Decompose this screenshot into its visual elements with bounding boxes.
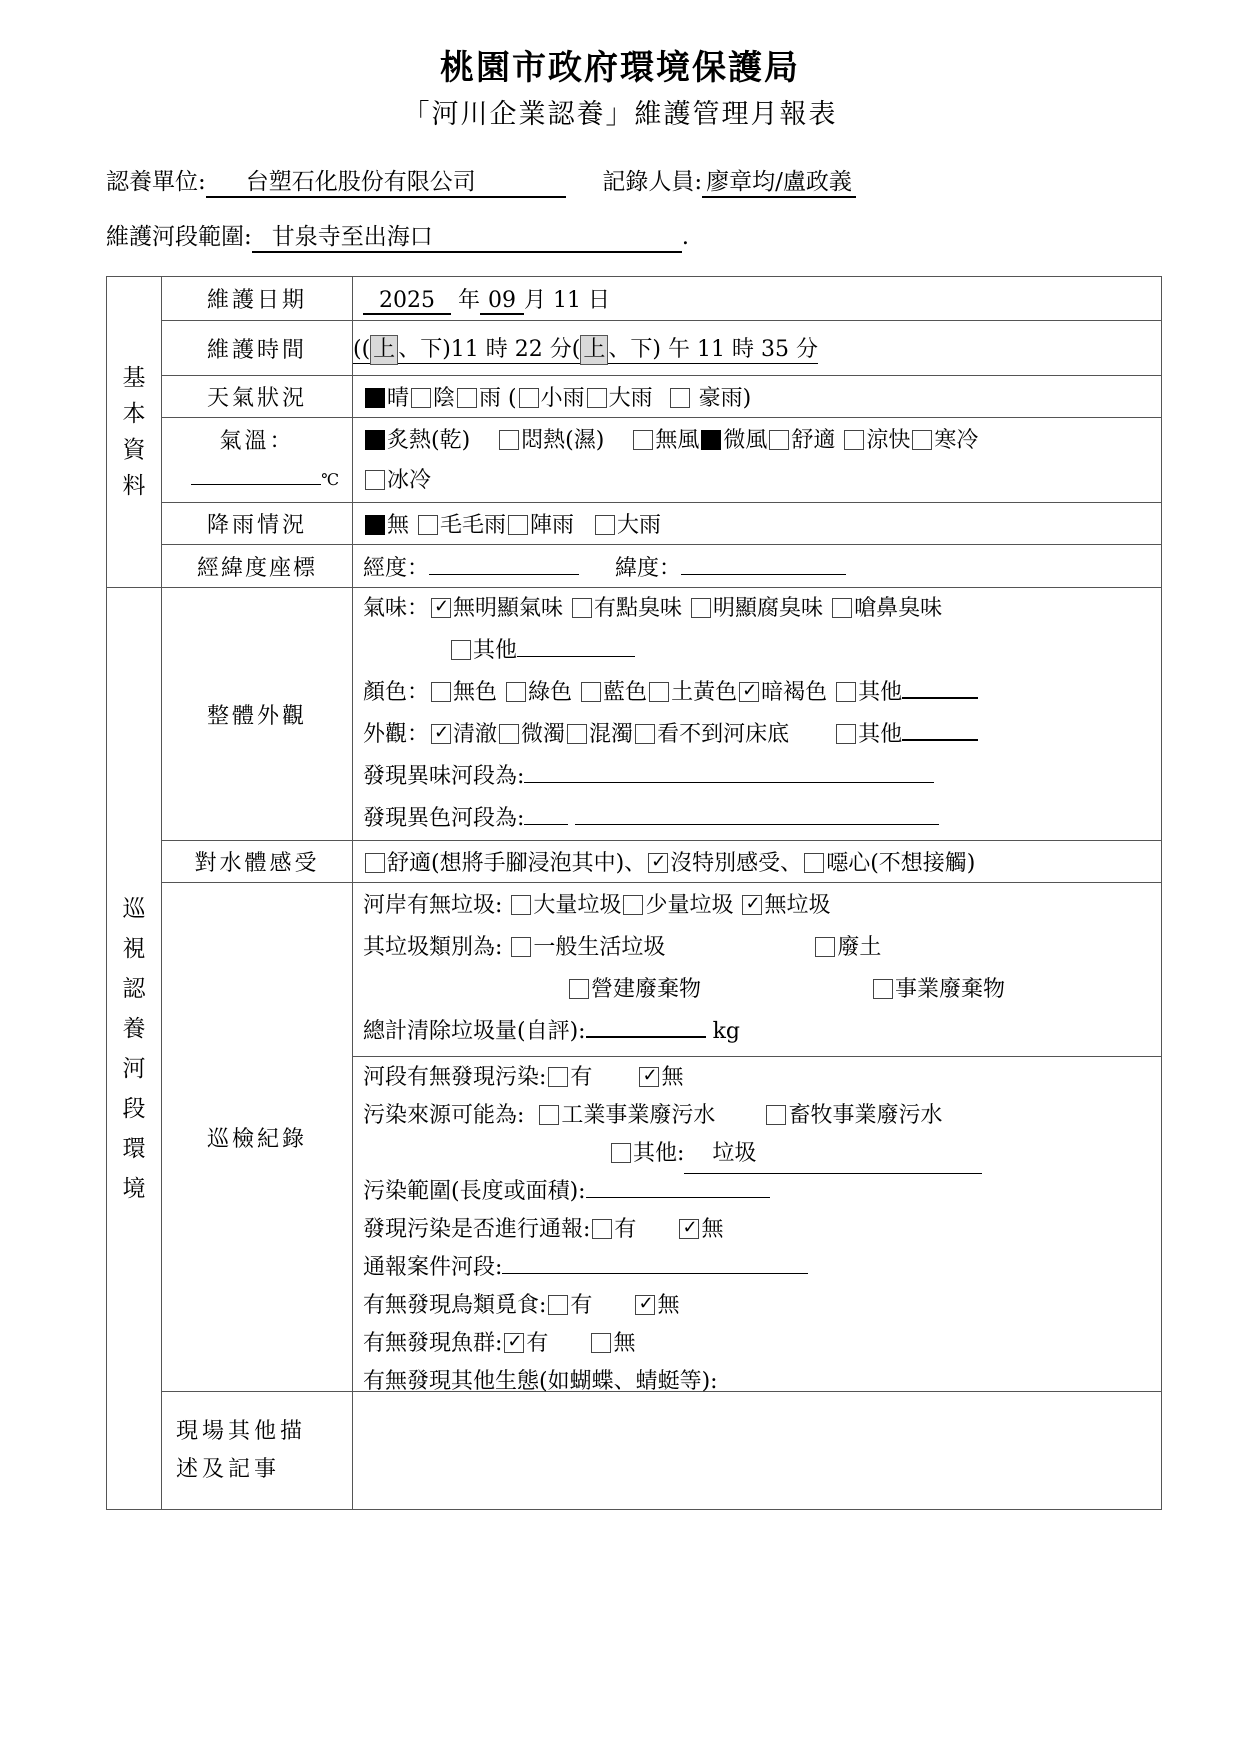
end-hour[interactable]: 11 (697, 337, 725, 362)
odor-checkbox-none[interactable] (431, 598, 451, 618)
rain-label: 降雨情況 (162, 503, 353, 545)
trash-checkbox-large[interactable] (511, 895, 531, 915)
weather-checkbox-heavy-rain[interactable] (587, 388, 607, 408)
start-ampm-selected[interactable]: 上 (370, 335, 398, 365)
source-checkbox-livestock[interactable] (766, 1105, 786, 1125)
row-notes: 現場其他描 述及記事 (107, 1392, 1162, 1510)
row-date: 基本資料 維護日期 2025 年09月 11 日 (107, 277, 1162, 321)
coords-value: 經度： 緯度： (353, 545, 1162, 588)
feeling-checkbox-disgusting[interactable] (804, 853, 824, 873)
feeling-label: 對水體感受 (162, 841, 353, 883)
temp-checkbox-no-wind[interactable] (633, 430, 653, 450)
temp-checkbox-comfortable[interactable] (769, 430, 789, 450)
rain-options: 無 毛毛雨陣雨 大雨 (353, 503, 1162, 545)
year-field[interactable]: 2025 (363, 288, 451, 315)
section-patrol: 巡視認養河段環境 (107, 588, 162, 1510)
color-checkbox-green[interactable] (506, 682, 526, 702)
pollution-found-checkbox-no[interactable] (639, 1067, 659, 1087)
time-value: ((上、下)11 時 22 分(上、下) 午 11 時 35 分 (353, 321, 1162, 376)
adopter-field[interactable]: 台塑石化股份有限公司 (206, 163, 566, 198)
pollution-block: 河段有無發現污染:有 無 污染來源可能為: 工業事業廢污水 畜牧事業廢污水 其他… (353, 1056, 1161, 1391)
pollution-range-field[interactable] (586, 1175, 770, 1198)
coords-label: 經緯度座標 (162, 545, 353, 588)
weather-checkbox-torrential[interactable] (670, 388, 690, 408)
notes-field[interactable] (353, 1392, 1162, 1510)
look-checkbox-no-bed[interactable] (635, 724, 655, 744)
birds-checkbox-yes[interactable] (548, 1295, 568, 1315)
weather-checkbox-rain[interactable] (457, 388, 477, 408)
end-ampm-selected[interactable]: 上 (580, 335, 608, 365)
row-patrol-record: 巡檢紀錄 河岸有無垃圾: 大量垃圾少量垃圾 無垃圾 其垃圾類別為: 一般生活垃圾… (107, 883, 1162, 1392)
row-weather: 天氣狀況 晴陰雨 (小雨大雨 豪雨) (107, 376, 1162, 418)
row-rain: 降雨情況 無 毛毛雨陣雨 大雨 (107, 503, 1162, 545)
date-label: 維護日期 (162, 277, 353, 321)
temperature-label-cell: 氣溫： ℃ (162, 418, 353, 503)
odor-checkbox-other[interactable] (451, 640, 471, 660)
row-appearance: 巡視認養河段環境 整體外觀 氣味：無明顯氣味 有點臭味 明顯腐臭味 嗆鼻臭味 其… (107, 588, 1162, 841)
temp-checkbox-cool[interactable] (844, 430, 864, 450)
fish-checkbox-no[interactable] (591, 1333, 611, 1353)
color-checkbox-dark-brown[interactable] (739, 682, 759, 702)
recorder-label: 記錄人員: (602, 169, 702, 195)
report-table: 基本資料 維護日期 2025 年09月 11 日 維護時間 ((上、下)11 時… (106, 276, 1162, 1510)
trash-type-checkbox-industrial[interactable] (873, 979, 893, 999)
color-section-field[interactable] (575, 802, 939, 825)
odor-checkbox-rotten[interactable] (691, 598, 711, 618)
temp-checkbox-hot-dry[interactable] (365, 430, 385, 450)
look-checkbox-turbid[interactable] (567, 724, 587, 744)
trash-type-checkbox-household[interactable] (511, 937, 531, 957)
patrol-label: 巡檢紀錄 (162, 883, 353, 1392)
range-row: 維護河段範圍:甘泉寺至出海口. (106, 218, 689, 253)
appearance-label: 整體外觀 (162, 588, 353, 841)
temp-checkbox-breeze[interactable] (701, 430, 721, 450)
weather-options: 晴陰雨 (小雨大雨 豪雨) (353, 376, 1162, 418)
temp-checkbox-cold[interactable] (912, 430, 932, 450)
pollution-found-checkbox-yes[interactable] (548, 1067, 568, 1087)
trash-checkbox-none[interactable] (742, 895, 762, 915)
trash-block: 河岸有無垃圾: 大量垃圾少量垃圾 無垃圾 其垃圾類別為: 一般生活垃圾廢土 營建… (353, 883, 1161, 1056)
rain-checkbox-drizzle[interactable] (418, 515, 438, 535)
source-checkbox-industrial[interactable] (539, 1105, 559, 1125)
feeling-options: 舒適(想將手腳浸泡其中)、沒特別感受、噁心(不想接觸) (353, 841, 1162, 883)
look-checkbox-clear[interactable] (431, 724, 451, 744)
color-checkbox-blue[interactable] (581, 682, 601, 702)
weather-checkbox-cloudy[interactable] (411, 388, 431, 408)
color-checkbox-other[interactable] (836, 682, 856, 702)
start-hour[interactable]: 11 (451, 337, 479, 362)
report-checkbox-no[interactable] (679, 1219, 699, 1239)
notes-label: 現場其他描 述及記事 (162, 1392, 353, 1510)
longitude-field[interactable] (429, 552, 579, 575)
day-field[interactable]: 11 (553, 288, 581, 313)
range-field[interactable]: 甘泉寺至出海口 (252, 218, 682, 253)
temperature-field[interactable] (191, 462, 321, 485)
odor-checkbox-slight[interactable] (572, 598, 592, 618)
report-case-field[interactable] (502, 1251, 808, 1274)
time-label: 維護時間 (162, 321, 353, 376)
trash-type-checkbox-construction[interactable] (569, 979, 589, 999)
source-other-field[interactable]: 垃圾 (712, 1141, 756, 1166)
document-subtitle: 「河川企業認養」維護管理月報表 (0, 92, 1240, 131)
adopter-row: 認養單位:台塑石化股份有限公司 記錄人員:廖章均/盧政義 (106, 163, 856, 198)
row-temperature: 氣溫： ℃ 炙熱(乾) 悶熱(濕) 無風微風舒適 涼快寒冷 冰冷 (107, 418, 1162, 503)
look-checkbox-slightly-turbid[interactable] (499, 724, 519, 744)
odor-checkbox-pungent[interactable] (832, 598, 852, 618)
month-field[interactable]: 09 (480, 288, 524, 315)
color-other-field[interactable] (902, 675, 978, 699)
adopter-label: 認養單位: (106, 169, 206, 195)
feeling-checkbox-nothing[interactable] (648, 853, 668, 873)
temp-checkbox-humid[interactable] (499, 430, 519, 450)
range-label: 維護河段範圍: (106, 224, 252, 250)
row-coordinates: 經緯度座標 經度： 緯度： (107, 545, 1162, 588)
color-checkbox-colorless[interactable] (431, 682, 451, 702)
range-end: . (682, 224, 689, 250)
latitude-field[interactable] (681, 552, 846, 575)
rain-checkbox-shower[interactable] (508, 515, 528, 535)
color-checkbox-earth-yellow[interactable] (649, 682, 669, 702)
row-time: 維護時間 ((上、下)11 時 22 分(上、下) 午 11 時 35 分 (107, 321, 1162, 376)
look-other-field[interactable] (902, 717, 978, 741)
end-minute[interactable]: 35 (761, 337, 789, 362)
date-value: 2025 年09月 11 日 (353, 277, 1162, 321)
temp-checkbox-freezing[interactable] (365, 470, 385, 490)
row-feeling: 對水體感受 舒適(想將手腳浸泡其中)、沒特別感受、噁心(不想接觸) (107, 841, 1162, 883)
feeling-checkbox-comfortable[interactable] (365, 853, 385, 873)
rain-checkbox-none[interactable] (365, 515, 385, 535)
report-checkbox-yes[interactable] (592, 1219, 612, 1239)
patrol-record-cell: 河岸有無垃圾: 大量垃圾少量垃圾 無垃圾 其垃圾類別為: 一般生活垃圾廢土 營建… (353, 883, 1162, 1392)
odor-section-field[interactable] (524, 760, 934, 783)
trash-total-field[interactable] (586, 1014, 706, 1038)
birds-checkbox-no[interactable] (635, 1295, 655, 1315)
weather-label: 天氣狀況 (162, 376, 353, 418)
appearance-options: 氣味：無明顯氣味 有點臭味 明顯腐臭味 嗆鼻臭味 其他 顏色：無色 綠色 藍色土… (353, 588, 1162, 841)
trash-type-checkbox-soil[interactable] (815, 937, 835, 957)
recorder-field[interactable]: 廖章均/盧政義 (702, 163, 856, 198)
odor-other-field[interactable] (517, 634, 635, 657)
document-title: 桃園市政府環境保護局 (0, 40, 1240, 89)
look-checkbox-other[interactable] (836, 724, 856, 744)
fish-checkbox-yes[interactable] (504, 1333, 524, 1353)
start-minute[interactable]: 22 (515, 337, 543, 362)
trash-checkbox-small[interactable] (623, 895, 643, 915)
rain-checkbox-heavy[interactable] (595, 515, 615, 535)
weather-checkbox-light-rain[interactable] (519, 388, 539, 408)
weather-checkbox-sunny[interactable] (365, 388, 385, 408)
temperature-options: 炙熱(乾) 悶熱(濕) 無風微風舒適 涼快寒冷 冰冷 (353, 418, 1162, 503)
section-basic: 基本資料 (107, 277, 162, 588)
source-checkbox-other[interactable] (611, 1143, 631, 1163)
